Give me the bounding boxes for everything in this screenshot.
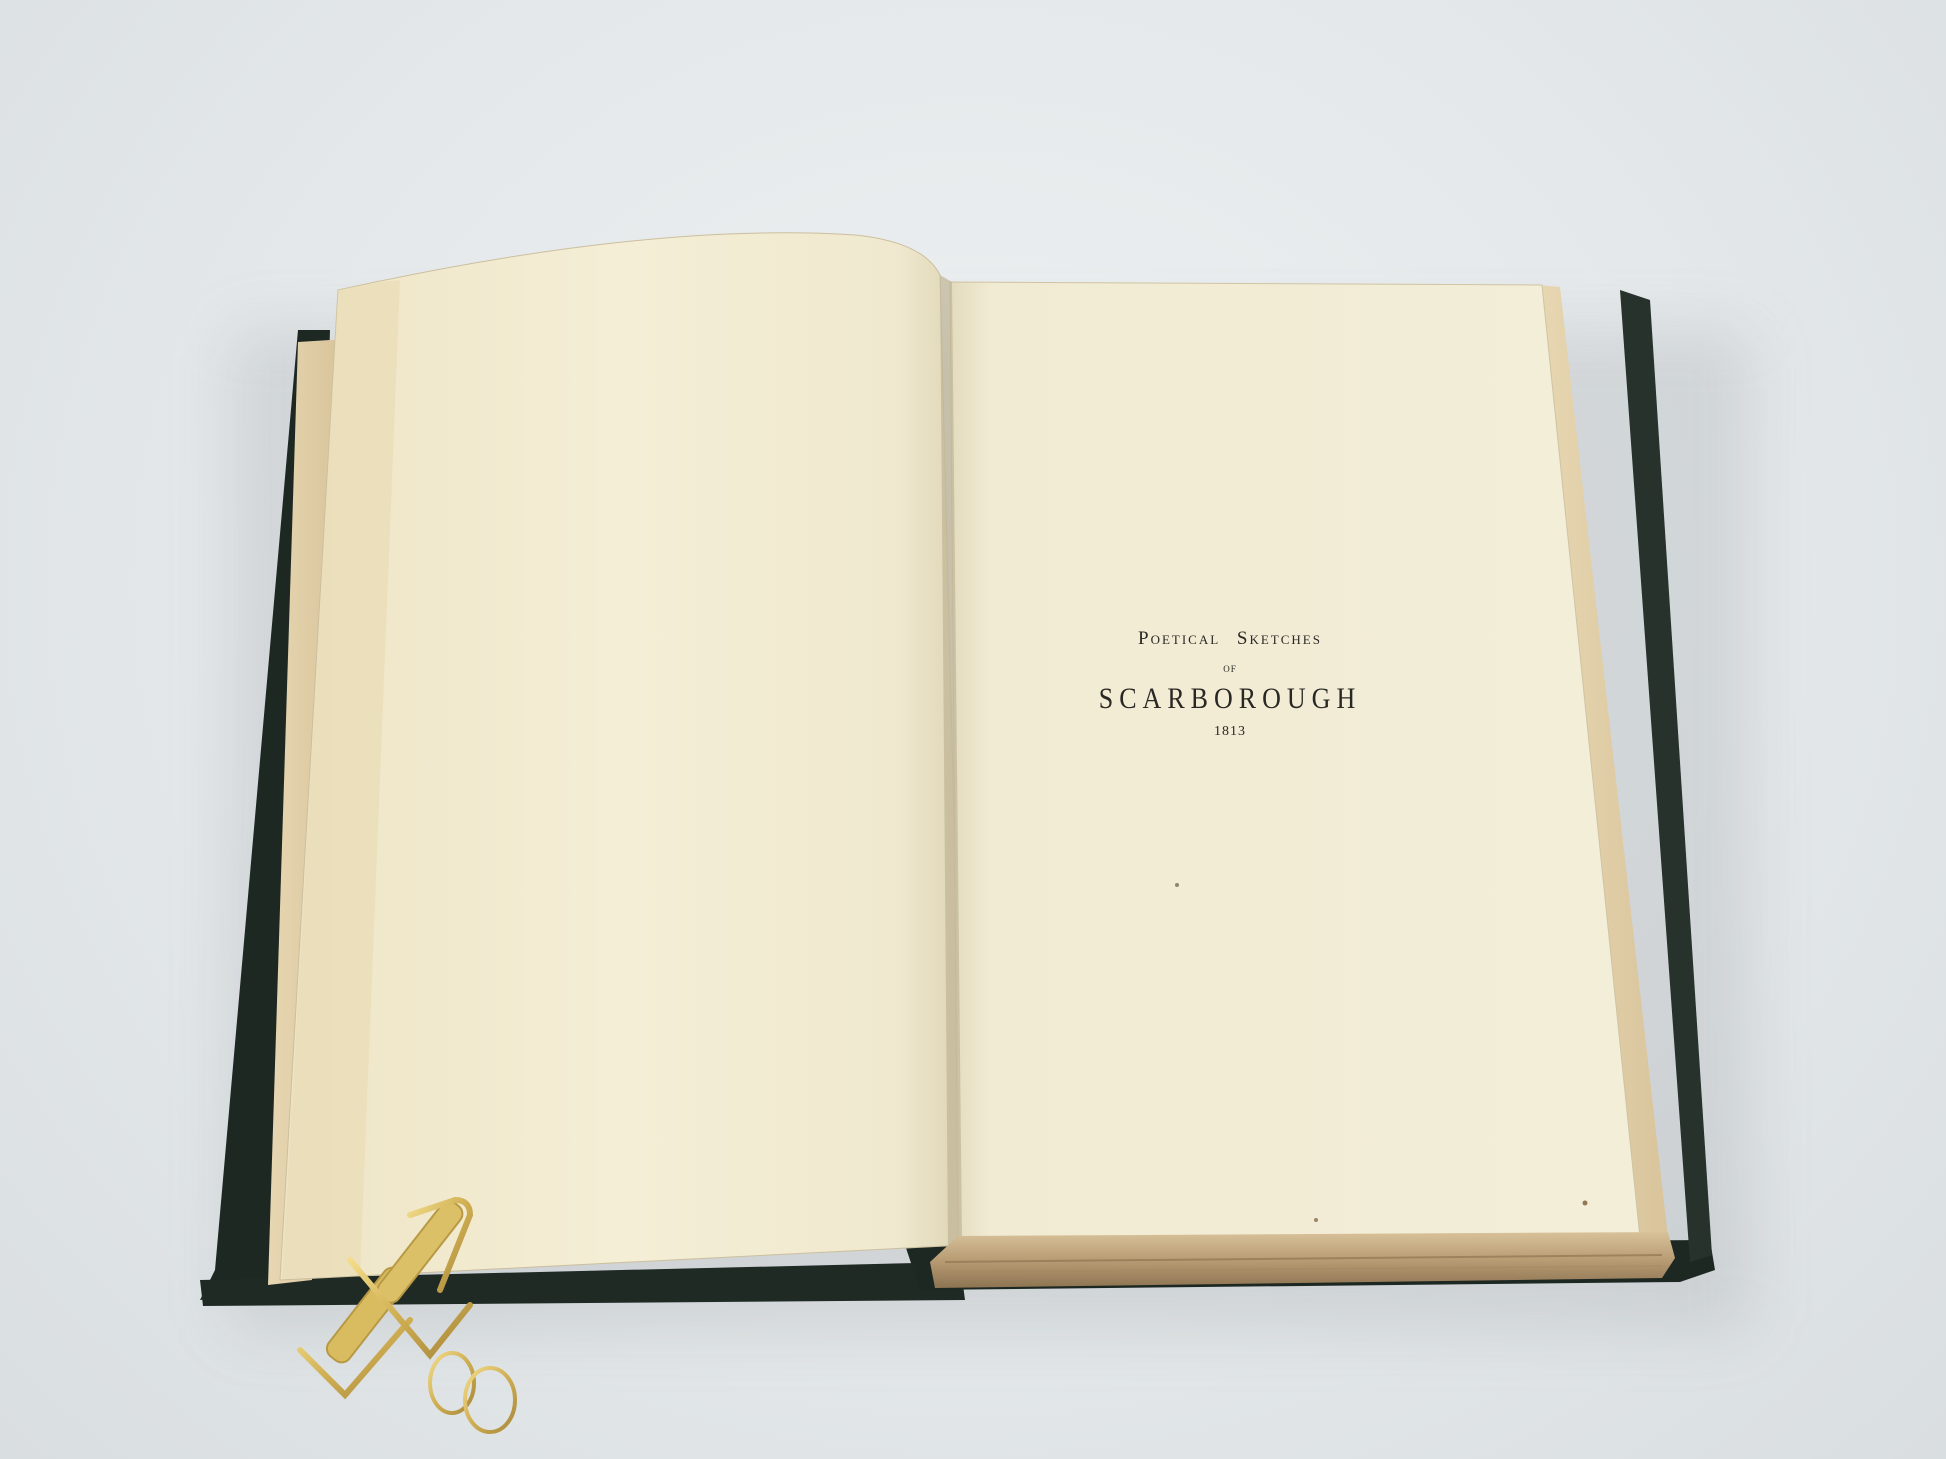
photo-scene: Poetical Sketches of SCARBOROUGH 1813 <box>0 0 1946 1459</box>
title-page-text: Poetical Sketches of SCARBOROUGH 1813 <box>1065 628 1395 740</box>
open-book <box>0 0 1946 1459</box>
title-line-1: Poetical Sketches <box>1065 628 1395 650</box>
right-page <box>950 282 1640 1242</box>
title-year: 1813 <box>1065 724 1395 740</box>
title-line-2: of <box>1065 664 1395 674</box>
title-main: SCARBOROUGH <box>1065 682 1395 717</box>
